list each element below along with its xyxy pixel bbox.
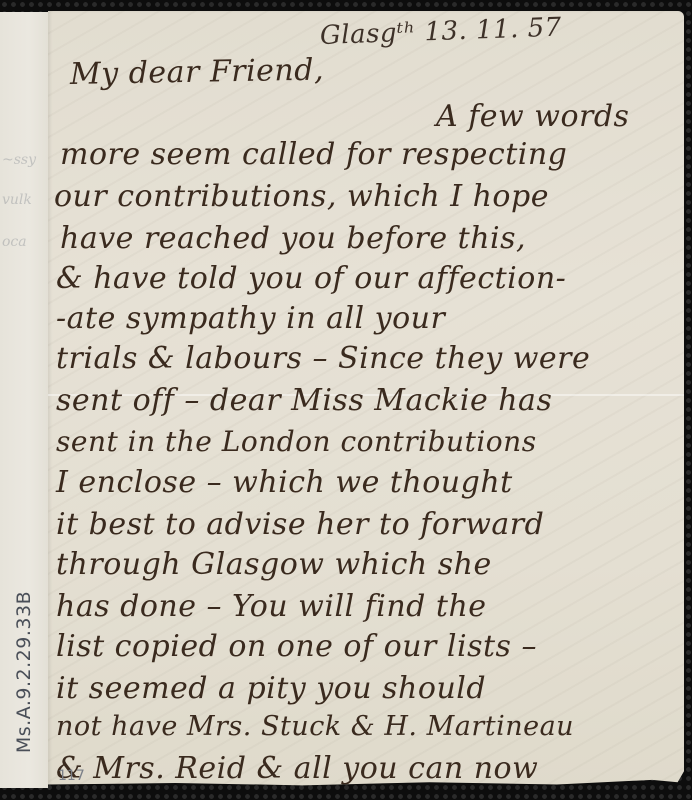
letter-line: has done – You will find the: [56, 589, 487, 624]
letter-line: it seemed a pity you should: [56, 671, 486, 706]
letter-line: sent in the London contributions: [56, 425, 537, 458]
letter-line: not have Mrs. Stuck & H. Martineau: [56, 711, 574, 742]
letter-line: & have told you of our affection-: [56, 261, 566, 296]
letter-line: sent off – dear Miss Mackie has: [56, 383, 552, 418]
adjacent-page-strip: ~ssy vulk oca Ms.A.9.2.29.33B: [0, 12, 48, 788]
letter-line: our contributions, which I hope: [54, 179, 549, 214]
letter-page: Glasgᵗʰ 13. 11. 57 My dear Friend, A few…: [48, 11, 684, 790]
letter-line: it best to advise her to forward: [56, 507, 544, 542]
letter-line: A few words: [436, 99, 629, 134]
bleed-through-text: oca: [2, 234, 27, 250]
bleed-through-text: ~ssy: [2, 152, 36, 168]
letter-line: & Mrs. Reid & all you can now: [56, 751, 538, 786]
bleed-through-text: vulk: [2, 192, 32, 208]
manuscript-scan: ~ssy vulk oca Ms.A.9.2.29.33B Glasgᵗʰ 13…: [0, 0, 692, 800]
letter-line: trials & labours – Since they were: [56, 341, 590, 376]
letter-line: more seem called for respecting: [60, 137, 567, 172]
letter-line: have reached you before this,: [60, 221, 526, 256]
pencil-folio-mark: 117: [58, 768, 85, 784]
letter-line: -ate sympathy in all your: [56, 301, 445, 336]
letter-line: list copied on one of our lists –: [56, 629, 537, 664]
letter-line: through Glasgow which she: [56, 547, 492, 582]
call-number-label: Ms.A.9.2.29.33B: [6, 557, 42, 787]
letter-date: Glasgᵗʰ 13. 11. 57: [319, 13, 562, 51]
letter-line: I enclose – which we thought: [56, 465, 513, 500]
letter-salutation: My dear Friend,: [70, 53, 325, 92]
